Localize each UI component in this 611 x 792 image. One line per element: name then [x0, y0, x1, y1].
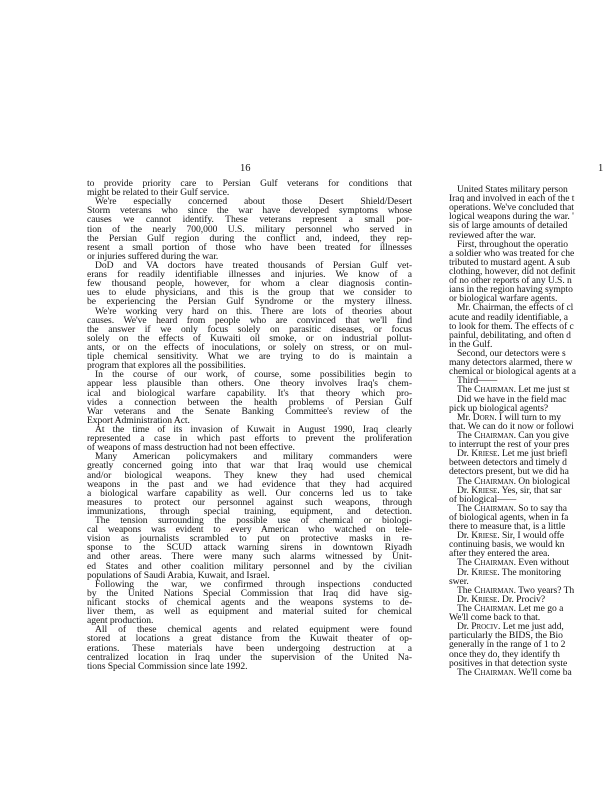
speaker-name: Chairman	[474, 667, 513, 678]
text-fragment: . The monitoring	[497, 567, 561, 578]
text-fragment: The	[457, 667, 474, 678]
page-number-right: 1	[598, 163, 603, 175]
speaker-name: Kriese	[471, 567, 497, 578]
text-line: Dr. Kriese. The monitoring	[449, 568, 611, 577]
right-text-column: United States military personIraq and in…	[449, 185, 611, 677]
left-text-column: to provide priority care to Persian Gulf…	[87, 179, 412, 671]
text-line: The Chairman. We'll come ba	[449, 668, 611, 677]
text-fragment: . We'll come ba	[514, 667, 572, 678]
text-line: tions Special Commission since late 1992…	[87, 662, 412, 671]
page-number-left: 16	[240, 163, 251, 175]
